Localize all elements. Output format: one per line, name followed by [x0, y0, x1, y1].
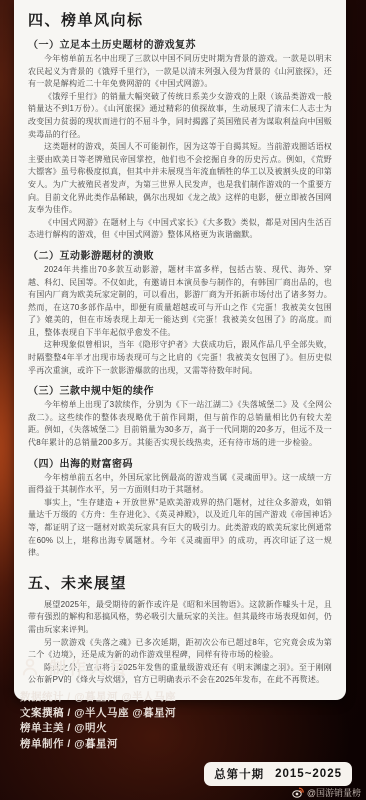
watermark-text: @国游销量榜	[307, 786, 361, 799]
watermark: @国游销量榜	[292, 786, 361, 799]
credit-line: 数据统计 / @暮星河 @半人马座	[20, 690, 176, 706]
person-icon	[20, 657, 40, 677]
paragraph: 《中国式网游》在题材上与《中国式家长》《大多数》类似，都是对国内生活百态进行解构…	[28, 217, 332, 242]
paragraph: 这种现象似曾相识，当年《隐形守护者》大获成功后，跟风作品几乎全部失败，时隔整整4…	[28, 339, 332, 377]
credits-heading: 制作人员	[49, 654, 129, 679]
paragraph: 今年榜单前五名中出现了三款以中国不同历史时期为背景的游戏。一款是以明末农民起义为…	[28, 53, 332, 91]
paragraph: 今年榜单前五名中，外国玩家比例最高的游戏当属《灵魂面甲》。这一成绩一方面得益于其…	[28, 472, 332, 497]
subsection-heading-2: （二）互动影游题材的溃败	[28, 247, 332, 262]
paragraph: 《饿殍千里行》的销量大幅突破了传统日系美少女游戏的上限（该品类游戏一般销量达不到…	[28, 91, 332, 141]
paragraph: 2024年共推出70多款互动影游，题材丰富多样，包括古装、现代、海外、穿越、科幻…	[28, 264, 332, 340]
part5-title: 五、未来展望	[28, 572, 332, 593]
subsection-heading-3: （三）三款中规中矩的续作	[28, 382, 332, 397]
credits-section: 制作人员 数据统计 / @暮星河 @半人马座 文案撰稿 / @半人马座 @暮星河…	[20, 654, 176, 752]
issue-badge: 总第十期 2015~2025	[204, 762, 352, 786]
paragraph: 这类题材的游戏，英国人不可能制作，因为这等于自揭其短。当前游戏圈话语权主要由欧美…	[28, 141, 332, 217]
credit-line: 榜单制作 / @暮星河	[20, 737, 176, 753]
article-card: 四、榜单风向标 （一）立足本土历史题材的游戏复苏 今年榜单前五名中出现了三款以中…	[14, 0, 346, 700]
issue-years: 2015~2025	[275, 768, 342, 780]
part4-title: 四、榜单风向标	[28, 9, 332, 30]
subsection-heading-1: （一）立足本土历史题材的游戏复苏	[28, 36, 332, 51]
credit-line: 文案撰稿 / @半人马座 @暮星河	[20, 706, 176, 722]
subsection-heading-4: （四）出海的财富密码	[28, 455, 332, 470]
paragraph: 展望2025年，最受期待的新作或许是《昭和米国物语》。这款新作噱头十足，且带有强…	[28, 599, 332, 637]
issue-number: 总第十期	[214, 766, 264, 782]
paragraph: 今年榜单上出现了3款续作，分别为《下一站江湖二》《失落城堡二》及《全网公敌二》。…	[28, 399, 332, 449]
paragraph: 事实上，“生存建造 + 开放世界”是欧美游戏界的热门题材，过往众多游戏，如销量达…	[28, 497, 332, 560]
weibo-icon	[292, 787, 304, 798]
credit-line: 榜单主美 / @明火	[20, 721, 176, 737]
